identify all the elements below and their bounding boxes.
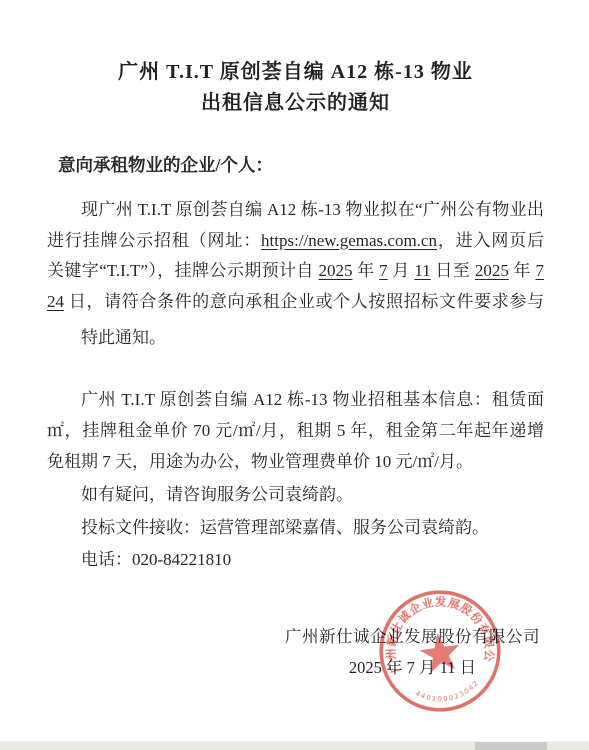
text-segment: 年 (352, 261, 379, 280)
paragraph-line: 关键字“T.I.T”），挂牌公示期预计自 2025 年 7 月 11 日至 20… (47, 256, 544, 287)
bid-document-receiver-line: 投标文件接收：运营管理部梁嘉倩、服务公司袁绮韵。 (47, 512, 544, 545)
paragraph-line: 广州 T.I.T 原创荟自编 A12 栋-13 物业招租基本信息：租赁面积 12… (47, 384, 544, 415)
url-link[interactable]: https://new.gemas.com.cn (261, 231, 437, 250)
title-line-2: 出租信息公示的通知 (47, 88, 544, 119)
text-segment: 进行挂牌公示招租（网址： (47, 231, 261, 250)
scan-bottom-edge-dark-patch (475, 742, 547, 750)
text-segment: 日，请符合条件的意向承租企业或个人按照招标文件要求参与竞租流程。 (47, 292, 544, 318)
paragraph-line: 进行挂牌公示招租（网址：https://new.gemas.com.cn，进入网… (47, 226, 544, 257)
text-segment: 现广州 T.I.T 原创荟自编 A12 栋-13 物业拟在“广州公有物业出租平台… (47, 200, 544, 226)
scanned-notice-document: 广州 T.I.T 原创荟自编 A12 栋-13 物业 出租信息公示的通知 意向承… (0, 0, 589, 750)
underlined-text: 7 (536, 261, 544, 280)
text-segment: 月 (388, 261, 415, 280)
underlined-text: 2025 (318, 261, 352, 280)
document-title: 广州 T.I.T 原创荟自编 A12 栋-13 物业 出租信息公示的通知 (47, 57, 544, 119)
title-line-1: 广州 T.I.T 原创荟自编 A12 栋-13 物业 (47, 57, 544, 88)
underlined-text: 11 (414, 261, 430, 280)
paragraph-line: 免租期 7 天，用途为办公，物业管理费单价 10 元/㎡/月。 (47, 446, 544, 477)
underlined-text: 2025 (475, 261, 509, 280)
salutation-line: 意向承租物业的企业/个人： (58, 150, 544, 180)
paragraph-line: ㎡，挂牌租金单价 70 元/㎡/月，租期 5 年，租金第二年起年递增 3%，租金 (47, 415, 544, 446)
notice-line: 特此通知。 (47, 323, 544, 354)
paragraph-announcement: 现广州 T.I.T 原创荟自编 A12 栋-13 物业拟在“广州公有物业出租平台… (47, 195, 544, 317)
underlined-text: 7 (379, 261, 388, 280)
contact-question-line: 如有疑问，请咨询服务公司袁绮韵。 (47, 479, 544, 512)
signature-date: 2025 年 7 月 11 日 (285, 659, 540, 676)
contact-section: 如有疑问，请咨询服务公司袁绮韵。 投标文件接收：运营管理部梁嘉倩、服务公司袁绮韵… (47, 479, 544, 577)
text-segment: 年 (509, 261, 536, 280)
text-segment: 关键字“T.I.T”），挂牌公示期预计自 (47, 261, 318, 280)
scan-bottom-edge (0, 741, 589, 750)
paragraph-line: 24 日，请符合条件的意向承租企业或个人按照招标文件要求参与竞租流程。 (47, 287, 544, 318)
paragraph-rental-info: 广州 T.I.T 原创荟自编 A12 栋-13 物业招租基本信息：租赁面积 12… (47, 384, 544, 477)
signature-block: 广州新仕诚企业发展股份有限公司 2025 年 7 月 11 日 (285, 628, 540, 676)
company-name: 广州新仕诚企业发展股份有限公司 (285, 628, 540, 645)
text-segment: 日至 (431, 261, 475, 280)
paragraph-line: 现广州 T.I.T 原创荟自编 A12 栋-13 物业拟在“广州公有物业出租平台… (47, 195, 544, 226)
underlined-text: 24 (47, 292, 64, 311)
phone-line: 电话：020-84221810 (47, 544, 544, 577)
